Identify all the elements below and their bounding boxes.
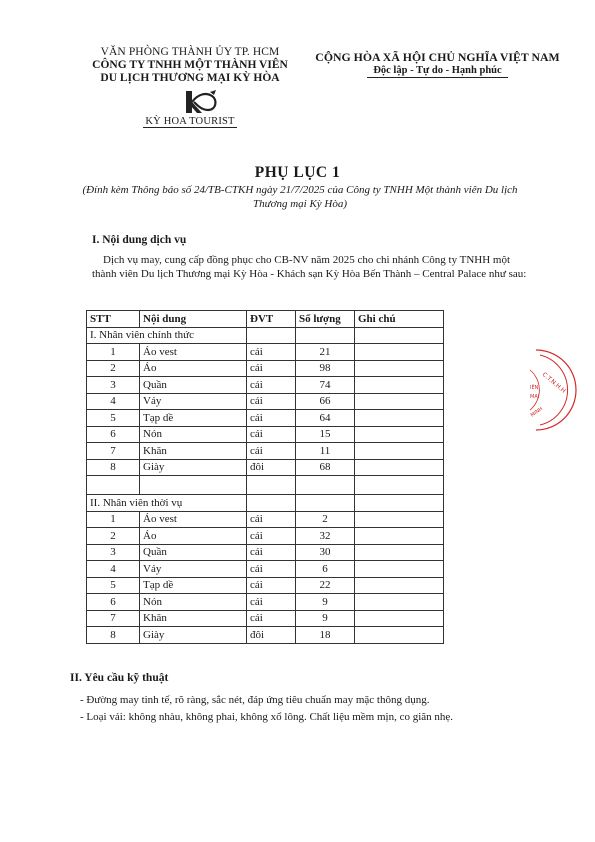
cell-quantity: 68 xyxy=(296,459,355,476)
empty-cell xyxy=(355,327,444,344)
cell-quantity: 9 xyxy=(296,610,355,627)
table-row: 6Nóncái15 xyxy=(87,426,444,443)
logo-caption-text: KỲ HOA TOURIST xyxy=(143,116,236,128)
issuer-header: VĂN PHÒNG THÀNH ỦY TP. HCM CÔNG TY TNHH … xyxy=(80,46,300,85)
cell-stt: 3 xyxy=(87,544,140,561)
cell-unit: cái xyxy=(247,511,296,528)
cell-unit: đôi xyxy=(247,627,296,644)
requirement-item: - Đường may tinh tế, rõ ràng, sắc nét, đ… xyxy=(80,693,430,707)
cell-item: Áo xyxy=(140,360,247,377)
cell-item: Váy xyxy=(140,561,247,578)
cell-stt: 3 xyxy=(87,377,140,394)
table-blank-row xyxy=(87,476,444,495)
table-row: 3Quầncái74 xyxy=(87,377,444,394)
cell-note xyxy=(355,459,444,476)
cell-quantity: 11 xyxy=(296,443,355,460)
table-row: 4Váycái6 xyxy=(87,561,444,578)
cell-quantity: 98 xyxy=(296,360,355,377)
cell-item: Tạp dề xyxy=(140,577,247,594)
empty-cell xyxy=(247,327,296,344)
section-1-paragraph-text: Dịch vụ may, cung cấp đồng phục cho CB-N… xyxy=(92,254,526,280)
national-header: CỘNG HÒA XÃ HỘI CHỦ NGHĨA VIỆT NAM Độc l… xyxy=(300,50,575,78)
cell-item: Quần xyxy=(140,544,247,561)
cell-quantity: 64 xyxy=(296,410,355,427)
national-motto-text: Độc lập - Tự do - Hạnh phúc xyxy=(367,65,507,78)
red-seal-stamp-icon: C.T.N.H.H IÊN MẠI MINH xyxy=(528,345,595,435)
empty-cell xyxy=(247,476,296,495)
cell-item: Giày xyxy=(140,627,247,644)
cell-stt: 1 xyxy=(87,344,140,361)
section-1-paragraph: Dịch vụ may, cung cấp đồng phục cho CB-N… xyxy=(92,254,532,281)
cell-note xyxy=(355,344,444,361)
cell-stt: 2 xyxy=(87,528,140,545)
national-title: CỘNG HÒA XÃ HỘI CHỦ NGHĨA VIỆT NAM xyxy=(300,50,575,64)
cell-unit: cái xyxy=(247,610,296,627)
cell-note xyxy=(355,360,444,377)
table-row: 7Khăncái9 xyxy=(87,610,444,627)
cell-note xyxy=(355,610,444,627)
empty-cell xyxy=(247,495,296,512)
issuer-line-3: DU LỊCH THƯƠNG MẠI KỲ HÒA xyxy=(80,72,300,85)
table-row: 7Khăncái11 xyxy=(87,443,444,460)
cell-unit: cái xyxy=(247,528,296,545)
cell-unit: cái xyxy=(247,577,296,594)
svg-text:MẠI: MẠI xyxy=(530,394,539,400)
cell-quantity: 9 xyxy=(296,594,355,611)
cell-stt: 5 xyxy=(87,577,140,594)
cell-note xyxy=(355,544,444,561)
section-1-heading: I. Nội dung dịch vụ xyxy=(92,234,186,246)
cell-item: Tạp dề xyxy=(140,410,247,427)
cell-unit: cái xyxy=(247,393,296,410)
cell-quantity: 22 xyxy=(296,577,355,594)
document-title: PHỤ LỤC 1 xyxy=(0,164,595,182)
table-row: 2Áocái98 xyxy=(87,360,444,377)
cell-quantity: 15 xyxy=(296,426,355,443)
cell-unit: cái xyxy=(247,377,296,394)
cell-unit: cái xyxy=(247,426,296,443)
table-row: 8Giàyđôi18 xyxy=(87,627,444,644)
cell-unit: cái xyxy=(247,561,296,578)
logo-caption: KỲ HOA TOURIST xyxy=(80,116,300,127)
cell-note xyxy=(355,426,444,443)
cell-note xyxy=(355,577,444,594)
table-group-row: I. Nhân viên chính thức xyxy=(87,327,444,344)
col-unit: ĐVT xyxy=(247,311,296,328)
empty-cell xyxy=(87,476,140,495)
cell-item: Váy xyxy=(140,393,247,410)
table-row: 2Áocái32 xyxy=(87,528,444,545)
group-label: II. Nhân viên thời vụ xyxy=(87,495,247,512)
cell-quantity: 6 xyxy=(296,561,355,578)
cell-quantity: 21 xyxy=(296,344,355,361)
cell-note xyxy=(355,594,444,611)
svg-text:IÊN: IÊN xyxy=(530,383,539,391)
cell-note xyxy=(355,627,444,644)
cell-item: Áo vest xyxy=(140,344,247,361)
cell-stt: 1 xyxy=(87,511,140,528)
cell-unit: đôi xyxy=(247,459,296,476)
cell-note xyxy=(355,410,444,427)
cell-item: Áo vest xyxy=(140,511,247,528)
empty-cell xyxy=(296,476,355,495)
ky-hoa-logo-icon xyxy=(176,88,224,116)
cell-stt: 2 xyxy=(87,360,140,377)
issuer-line-2: CÔNG TY TNHH MỘT THÀNH VIÊN xyxy=(80,59,300,72)
table-row: 8Giàyđôi68 xyxy=(87,459,444,476)
empty-cell xyxy=(296,327,355,344)
cell-note xyxy=(355,528,444,545)
cell-item: Quần xyxy=(140,377,247,394)
empty-cell xyxy=(355,495,444,512)
cell-item: Nón xyxy=(140,426,247,443)
cell-quantity: 66 xyxy=(296,393,355,410)
cell-note xyxy=(355,377,444,394)
table-row: 6Nóncái9 xyxy=(87,594,444,611)
cell-item: Khăn xyxy=(140,610,247,627)
cell-item: Áo xyxy=(140,528,247,545)
col-quantity: Số lượng xyxy=(296,311,355,328)
col-note: Ghi chú xyxy=(355,311,444,328)
cell-stt: 8 xyxy=(87,627,140,644)
cell-stt: 4 xyxy=(87,393,140,410)
cell-stt: 4 xyxy=(87,561,140,578)
cell-unit: cái xyxy=(247,594,296,611)
empty-cell xyxy=(355,476,444,495)
table-row: 5Tạp dềcái22 xyxy=(87,577,444,594)
cell-unit: cái xyxy=(247,443,296,460)
requirement-item: - Loại vải: không nhàu, không phai, khôn… xyxy=(80,710,453,724)
cell-unit: cái xyxy=(247,344,296,361)
cell-unit: cái xyxy=(247,410,296,427)
table-row: 5Tạp dềcái64 xyxy=(87,410,444,427)
svg-text:C.T.N.H.H: C.T.N.H.H xyxy=(541,371,567,394)
cell-stt: 6 xyxy=(87,426,140,443)
table-row: 1Áo vestcái21 xyxy=(87,344,444,361)
cell-quantity: 30 xyxy=(296,544,355,561)
col-content: Nội dung xyxy=(140,311,247,328)
cell-quantity: 74 xyxy=(296,377,355,394)
cell-item: Nón xyxy=(140,594,247,611)
cell-quantity: 32 xyxy=(296,528,355,545)
document-subtitle: (Đính kèm Thông báo số 24/TB-CTKH ngày 2… xyxy=(80,183,520,211)
cell-quantity: 18 xyxy=(296,627,355,644)
cell-note xyxy=(355,393,444,410)
cell-item: Khăn xyxy=(140,443,247,460)
cell-stt: 6 xyxy=(87,594,140,611)
cell-stt: 7 xyxy=(87,443,140,460)
cell-unit: cái xyxy=(247,544,296,561)
table-row: 4Váycái66 xyxy=(87,393,444,410)
cell-note xyxy=(355,511,444,528)
empty-cell xyxy=(140,476,247,495)
cell-quantity: 2 xyxy=(296,511,355,528)
national-motto: Độc lập - Tự do - Hạnh phúc xyxy=(300,64,575,78)
section-2-heading: II. Yêu cầu kỹ thuật xyxy=(70,672,168,684)
cell-note xyxy=(355,443,444,460)
cell-item: Giày xyxy=(140,459,247,476)
table-row: 1Áo vestcái2 xyxy=(87,511,444,528)
uniform-table: STT Nội dung ĐVT Số lượng Ghi chú I. Nhâ… xyxy=(86,310,444,644)
table-group-row: II. Nhân viên thời vụ xyxy=(87,495,444,512)
issuer-line-1: VĂN PHÒNG THÀNH ỦY TP. HCM xyxy=(80,46,300,59)
col-stt: STT xyxy=(87,311,140,328)
cell-stt: 7 xyxy=(87,610,140,627)
empty-cell xyxy=(296,495,355,512)
table-row: 3Quầncái30 xyxy=(87,544,444,561)
group-label: I. Nhân viên chính thức xyxy=(87,327,247,344)
cell-stt: 5 xyxy=(87,410,140,427)
cell-unit: cái xyxy=(247,360,296,377)
cell-note xyxy=(355,561,444,578)
cell-stt: 8 xyxy=(87,459,140,476)
table-header-row: STT Nội dung ĐVT Số lượng Ghi chú xyxy=(87,311,444,328)
